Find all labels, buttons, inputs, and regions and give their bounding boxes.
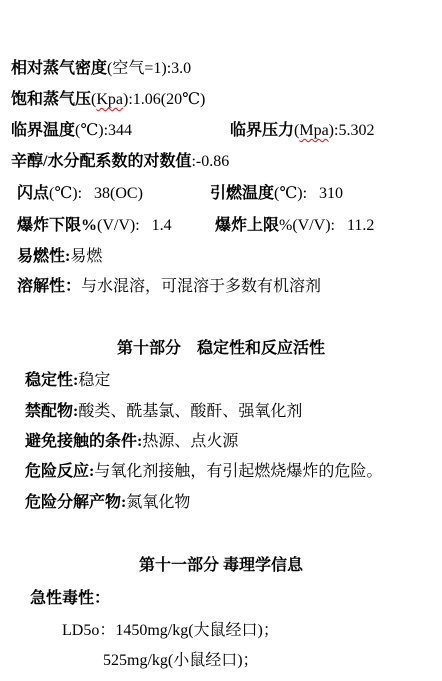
section-heading-10: 第十部分 稳定性和反应活性 xyxy=(0,339,442,359)
property-line-critical-pressure: 临界压力(Mpa):5.302 xyxy=(230,121,374,141)
section-heading-11: 第十一部分 毒理学信息 xyxy=(0,556,442,576)
property-value: ):1.06(20℃) xyxy=(123,91,205,108)
property-label: 爆炸下限% xyxy=(17,217,97,234)
property-label: 辛醇/水分配系数的对数值 xyxy=(11,153,191,170)
property-line-critical-temperature: 临界温度(℃):344 xyxy=(11,121,132,141)
property-label: 稳定性: xyxy=(25,372,78,389)
property-line-conditions-to-avoid: 避免接触的条件:热源、点火源 xyxy=(25,432,238,452)
property-label: 危险分解产物: xyxy=(25,494,126,511)
property-value: 与水混溶，可混溶于多数有机溶剂 xyxy=(81,278,321,295)
spellcheck-underlined-unit: Mpa xyxy=(299,122,328,139)
property-value: ):5.302 xyxy=(329,122,375,139)
property-line-incompatibilities: 禁配物:酸类、酰基氯、酸酐、强氧化剂 xyxy=(25,402,302,422)
property-value: (℃): 310 xyxy=(274,185,343,202)
property-label: 饱和蒸气压 xyxy=(11,91,91,108)
property-label: 爆炸上限 xyxy=(215,217,279,234)
spellcheck-underlined-unit: Kpa xyxy=(96,91,123,108)
property-value: (V/V): 1.4 xyxy=(97,217,172,234)
acute-toxicity-label: 急性毒性： xyxy=(30,589,110,609)
property-label: 避免接触的条件: xyxy=(25,433,142,450)
property-value: %(V/V): 11.2 xyxy=(279,217,374,234)
property-label: 禁配物: xyxy=(25,403,78,420)
property-value: 酸类、酰基氯、酸酐、强氧化剂 xyxy=(78,403,302,420)
property-value: (℃): 38(OC) xyxy=(49,185,143,202)
property-value: 与氧化剂接触，有引起燃烧爆炸的危险。 xyxy=(94,463,382,480)
property-line-decomposition-products: 危险分解产物:氮氧化物 xyxy=(25,493,190,513)
property-line-explosion-upper-limit: 爆炸上限%(V/V): 11.2 xyxy=(215,216,374,236)
property-line-flash-point: 闪点(℃): 38(OC) xyxy=(17,184,143,204)
property-value: 热源、点火源 xyxy=(142,433,238,450)
property-line-octanol-water-partition: 辛醇/水分配系数的对数值:-0.86 xyxy=(11,152,229,172)
ld50-rat-line: LD5o：1450mg/kg(大鼠经口)； xyxy=(62,621,279,641)
property-label: 相对蒸气密度 xyxy=(11,60,107,77)
property-value: 氮氧化物 xyxy=(126,494,190,511)
ld50-mouse-line: 525mg/kg(小鼠经口)； xyxy=(103,651,259,671)
property-value: 稳定 xyxy=(78,372,110,389)
property-line-ignition-temperature: 引燃温度(℃): 310 xyxy=(210,184,343,204)
property-line-flammability: 易燃性:易燃 xyxy=(17,247,102,267)
property-label: 闪点 xyxy=(17,185,49,202)
property-line-stability: 稳定性:稳定 xyxy=(25,371,110,391)
document-page: 相对蒸气密度(空气=1):3.0 饱和蒸气压(Kpa):1.06(20℃) 临界… xyxy=(0,0,442,681)
property-value: (℃):344 xyxy=(75,122,132,139)
property-value: (空气=1):3.0 xyxy=(107,60,191,77)
property-label: 引燃温度 xyxy=(210,185,274,202)
property-line-relative-vapor-density: 相对蒸气密度(空气=1):3.0 xyxy=(11,59,191,79)
property-label: 临界压力 xyxy=(230,122,294,139)
property-line-hazardous-reaction: 危险反应:与氧化剂接触，有引起燃烧爆炸的危险。 xyxy=(25,462,382,482)
property-label: 易燃性: xyxy=(17,248,70,265)
property-line-saturated-vapor-pressure: 饱和蒸气压(Kpa):1.06(20℃) xyxy=(11,90,205,110)
property-label: 危险反应: xyxy=(25,463,94,480)
property-value: :-0.86 xyxy=(191,153,229,170)
property-line-solubility: 溶解性：与水混溶，可混溶于多数有机溶剂 xyxy=(17,277,321,297)
property-label: 临界温度 xyxy=(11,122,75,139)
property-line-explosion-lower-limit: 爆炸下限%(V/V): 1.4 xyxy=(17,216,172,236)
property-label: 溶解性： xyxy=(17,278,81,295)
property-value: 易燃 xyxy=(70,248,102,265)
